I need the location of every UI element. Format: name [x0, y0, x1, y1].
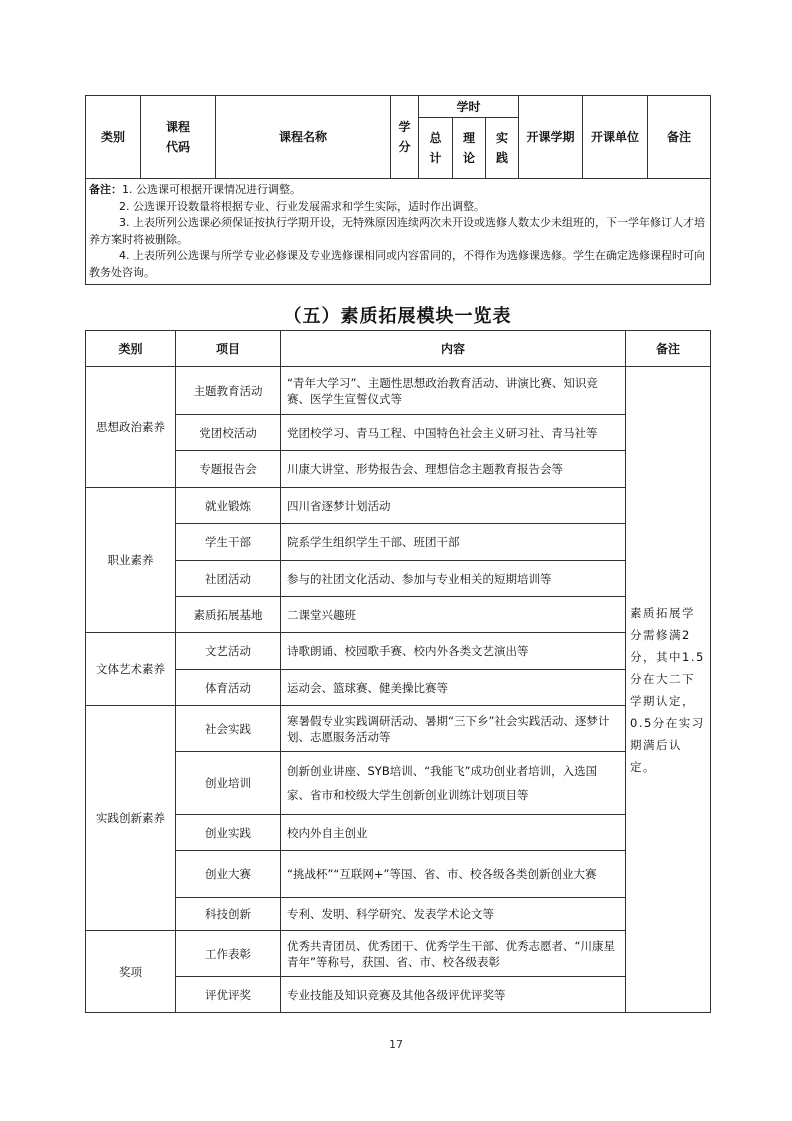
table-row: 实践创新素养 社会实践 寒暑假专业实践调研活动、暑期“三下乡”社会实践活动、逐梦…: [86, 706, 711, 752]
table-row: 素质拓展基地 二课堂兴趣班: [86, 597, 711, 633]
item-cell: 创业培训: [176, 752, 281, 815]
header-category: 类别: [86, 96, 141, 179]
header-hours: 学时: [419, 96, 519, 118]
header-credit: 学 分: [391, 96, 419, 179]
table-row: 评优评奖 专业技能及知识竞赛及其他各级评优评奖等: [86, 977, 711, 1013]
header-item: 项目: [176, 331, 281, 367]
elective-course-table: 类别 课程 代码 课程名称 学 分 学时 开课学期 开课单位 备注 总 计 理 …: [85, 95, 711, 285]
content-cell: 运动会、篮球赛、健美操比赛等: [281, 670, 626, 706]
content-cell: 专利、发明、科学研究、发表学术论文等: [281, 898, 626, 931]
content-cell: 创新创业讲座、SYB培训、“我能飞”成功创业者培训，入选国家、省市和校级大学生创…: [281, 752, 626, 815]
item-cell: 体育活动: [176, 670, 281, 706]
item-cell: 创业实践: [176, 815, 281, 851]
table-row: 创业大赛 “挑战杯”“互联网+”等国、省、市、校各级各类创新创业大赛: [86, 851, 711, 898]
remark-cell: 素质拓展学分需修满2分，其中1.5分在大二下学期认定，0.5分在实习期满后认定。: [626, 367, 711, 1013]
category-cell: 奖项: [86, 931, 176, 1013]
content-cell: 川康大讲堂、形势报告会、理想信念主题教育报告会等: [281, 451, 626, 488]
note-line-4: 4. 上表所列公选课与所学专业必修课及专业选修课相同或内容雷同的，不得作为选修课…: [89, 248, 707, 281]
content-cell: “青年大学习”、主题性思想政治教育活动、讲演比赛、知识竞赛、医学生宣誓仪式等: [281, 367, 626, 415]
category-cell: 思想政治素养: [86, 367, 176, 488]
content-cell: 院系学生组织学生干部、班团干部: [281, 524, 626, 561]
note-line-2: 2. 公选课开设数量将根据专业、行业发展需求和学生实际，适时作出调整。: [89, 199, 707, 216]
notes-cell: 备注：1. 公选课可根据开课情况进行调整。 2. 公选课开设数量将根据专业、行业…: [86, 179, 711, 285]
category-cell: 实践创新素养: [86, 706, 176, 931]
note-line-1: 备注：1. 公选课可根据开课情况进行调整。: [89, 182, 707, 199]
header-hours-theory: 理 论: [453, 118, 486, 179]
header-content: 内容: [281, 331, 626, 367]
content-cell: 校内外自主创业: [281, 815, 626, 851]
item-cell: 主题教育活动: [176, 367, 281, 415]
content-cell: 四川省逐梦计划活动: [281, 488, 626, 524]
table-row: 创业培训 创新创业讲座、SYB培训、“我能飞”成功创业者培训，入选国家、省市和校…: [86, 752, 711, 815]
header-row: 类别 项目 内容 备注: [86, 331, 711, 367]
header-remark: 备注: [626, 331, 711, 367]
table-row: 创业实践 校内外自主创业: [86, 815, 711, 851]
table-row: 社团活动 参与的社团文化活动、参加与专业相关的短期培训等: [86, 561, 711, 597]
header-course-name: 课程名称: [216, 96, 391, 179]
header-row: 类别 课程 代码 课程名称 学 分 学时 开课学期 开课单位 备注: [86, 96, 711, 118]
table-row: 思想政治素养 主题教育活动 “青年大学习”、主题性思想政治教育活动、讲演比赛、知…: [86, 367, 711, 415]
header-department: 开课单位: [583, 96, 648, 179]
header-hours-total: 总 计: [419, 118, 453, 179]
item-cell: 社会实践: [176, 706, 281, 752]
item-cell: 专题报告会: [176, 451, 281, 488]
content-cell: 诗歌朗诵、校园歌手赛、校内外各类文艺演出等: [281, 633, 626, 670]
item-cell: 评优评奖: [176, 977, 281, 1013]
header-remark: 备注: [648, 96, 711, 179]
item-cell: 社团活动: [176, 561, 281, 597]
category-cell: 文体艺术素养: [86, 633, 176, 706]
note-label: 备注：: [89, 183, 122, 196]
item-cell: 素质拓展基地: [176, 597, 281, 633]
quality-module-table: 类别 项目 内容 备注 思想政治素养 主题教育活动 “青年大学习”、主题性思想政…: [85, 330, 711, 1013]
item-cell: 党团校活动: [176, 415, 281, 451]
table-row: 学生干部 院系学生组织学生干部、班团干部: [86, 524, 711, 561]
content-cell: 二课堂兴趣班: [281, 597, 626, 633]
item-cell: 创业大赛: [176, 851, 281, 898]
table-row: 文体艺术素养 文艺活动 诗歌朗诵、校园歌手赛、校内外各类文艺演出等: [86, 633, 711, 670]
content-cell: “挑战杯”“互联网+”等国、省、市、校各级各类创新创业大赛: [281, 851, 626, 898]
table-row: 科技创新 专利、发明、科学研究、发表学术论文等: [86, 898, 711, 931]
content-cell: 寒暑假专业实践调研活动、暑期“三下乡”社会实践活动、逐梦计划、志愿服务活动等: [281, 706, 626, 752]
table-row: 党团校活动 党团校学习、青马工程、中国特色社会主义研习社、青马社等: [86, 415, 711, 451]
table-row: 体育活动 运动会、篮球赛、健美操比赛等: [86, 670, 711, 706]
table-row: 奖项 工作表彰 优秀共青团员、优秀团干、优秀学生干部、优秀志愿者、“川康星青年”…: [86, 931, 711, 977]
section-title: （五）素质拓展模块一览表: [85, 302, 710, 328]
table-row: 专题报告会 川康大讲堂、形势报告会、理想信念主题教育报告会等: [86, 451, 711, 488]
item-cell: 工作表彰: [176, 931, 281, 977]
content-cell: 专业技能及知识竞赛及其他各级评优评奖等: [281, 977, 626, 1013]
notes-row: 备注：1. 公选课可根据开课情况进行调整。 2. 公选课开设数量将根据专业、行业…: [86, 179, 711, 285]
content-cell: 优秀共青团员、优秀团干、优秀学生干部、优秀志愿者、“川康星青年”等称号，获国、省…: [281, 931, 626, 977]
category-cell: 职业素养: [86, 488, 176, 633]
header-category: 类别: [86, 331, 176, 367]
item-cell: 学生干部: [176, 524, 281, 561]
item-cell: 文艺活动: [176, 633, 281, 670]
header-course-code: 课程 代码: [141, 96, 216, 179]
header-hours-practice: 实 践: [486, 118, 519, 179]
header-semester: 开课学期: [519, 96, 583, 179]
note-line-3: 3. 上表所列公选课必须保证按执行学期开设，无特殊原因连续两次未开设或选修人数太…: [89, 215, 707, 248]
item-cell: 科技创新: [176, 898, 281, 931]
table-row: 职业素养 就业锻炼 四川省逐梦计划活动: [86, 488, 711, 524]
page-number: 17: [0, 1038, 792, 1051]
item-cell: 就业锻炼: [176, 488, 281, 524]
content-cell: 参与的社团文化活动、参加与专业相关的短期培训等: [281, 561, 626, 597]
content-cell: 党团校学习、青马工程、中国特色社会主义研习社、青马社等: [281, 415, 626, 451]
